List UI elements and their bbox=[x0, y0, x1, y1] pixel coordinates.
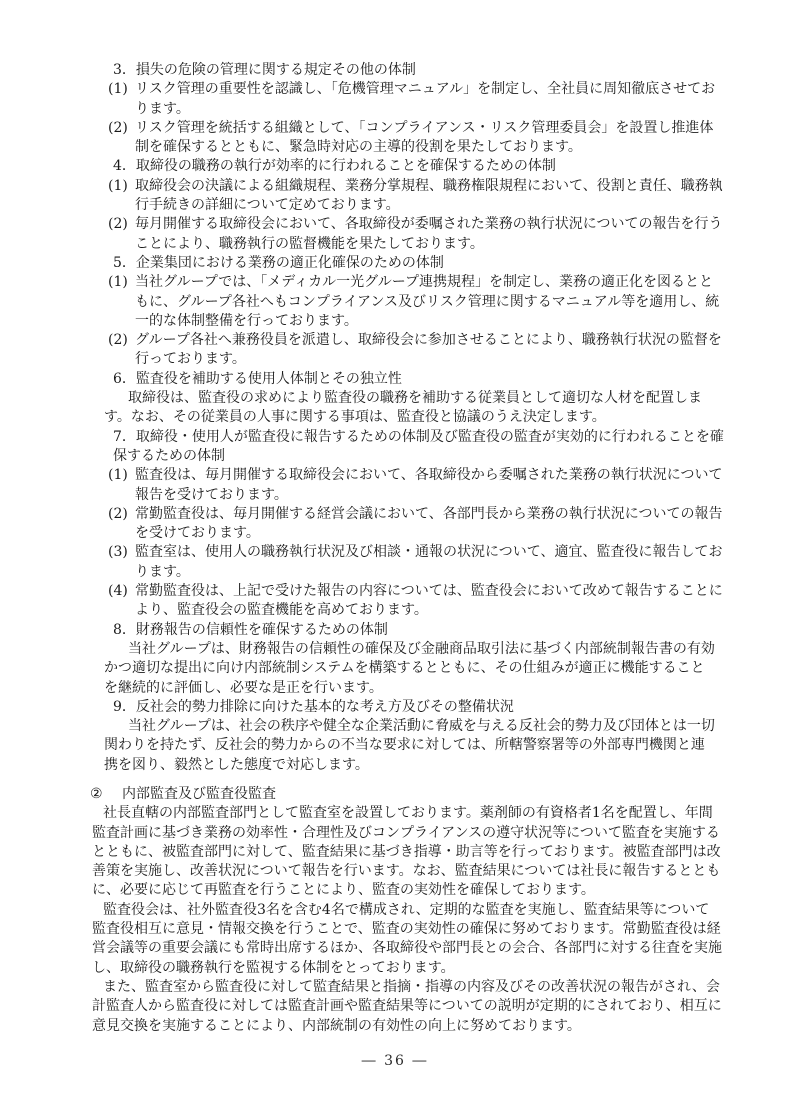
text-line: 携を図り、毅然とした態度で対応します。 bbox=[104, 756, 790, 775]
text-line: また、監査室から監査役に対して監査結果と指摘・指導の内容及びその改善状況の報告が… bbox=[92, 978, 790, 997]
text-line: 5．企業集団における業務の適正化確保のための体制 bbox=[113, 254, 790, 273]
internal-audit-paragraphs: 社長直轄の内部監査部門として監査室を設置しております。薬剤師の有資格者1名を配置… bbox=[0, 804, 790, 1036]
text-line: 監査計画に基づき業務の効率性・合理性及びコンプライアンスの遵守状況等について監査… bbox=[92, 824, 790, 843]
text-line: 当社グループは、財務報告の信頼性の確保及び金融商品取引法に基づく内部統制報告書の… bbox=[104, 640, 790, 659]
text-line: かつ適切な提出に向け内部統制システムを構築するとともに、その仕組みが適正に機能す… bbox=[104, 659, 790, 678]
text-line: (1)リスク管理の重要性を認識し、「危機管理マニュアル」を制定し、全社員に周知徹… bbox=[135, 80, 790, 99]
text-line: 計監査人から監査役に対しては監査計画や監査結果等についての説明が定期的にされてお… bbox=[92, 997, 790, 1016]
text-line: 善策を実施し、改善状況について報告を行います。なお、監査結果については社長に報告… bbox=[92, 862, 790, 881]
text-line: 監査役相互に意見・情報交換を行うことで、監査の実効性の確保に努めております。常勤… bbox=[92, 920, 790, 939]
section-gap bbox=[0, 775, 790, 785]
text-line: (1)監査役は、毎月開催する取締役会において、各取締役から委嘱された業務の執行状… bbox=[135, 466, 790, 485]
text-line: 7．取締役・使用人が監査役に報告するための体制及び監査役の監査が実効的に行われる… bbox=[113, 428, 790, 447]
text-line: 営会議等の重要会議にも常時出席するほか、各取締役や部門長との会合、各部門に対する… bbox=[92, 939, 790, 958]
list-item-label: (2) bbox=[108, 119, 128, 138]
list-item-label: (1) bbox=[108, 273, 128, 292]
text-line: (2)常勤監査役は、毎月開催する経営会議において、各部門長から業務の執行状況につ… bbox=[135, 505, 790, 524]
page-content: 3．損失の危険の管理に関する規定その他の体制(1)リスク管理の重要性を認識し、「… bbox=[0, 0, 790, 1071]
text-line: 行手続きの詳細について定めております。 bbox=[135, 196, 790, 215]
text-line: 社長直轄の内部監査部門として監査室を設置しております。薬剤師の有資格者1名を配置… bbox=[92, 804, 790, 823]
text-line: 報告を受けております。 bbox=[135, 486, 790, 505]
text-line: より、監査役会の監査機能を高めております。 bbox=[135, 601, 790, 620]
text-line: 4．取締役の職務の執行が効率的に行われることを確保するための体制 bbox=[113, 157, 790, 176]
text-line: を受けております。 bbox=[135, 524, 790, 543]
text-line: に、必要に応じて再監査を行うことにより、監査の実効性を確保しております。 bbox=[92, 881, 790, 900]
list-item-label: (1) bbox=[108, 80, 128, 99]
text-line: 当社グループは、社会の秩序や健全な企業活動に脅威を与える反社会的勢力及び団体とは… bbox=[104, 717, 790, 736]
text-line: (2)リスク管理を統括する組織として、「コンプライアンス・リスク管理委員会」を設… bbox=[135, 119, 790, 138]
list-item-label: (1) bbox=[108, 177, 128, 196]
list-item-label: (2) bbox=[108, 331, 128, 350]
text-line: 3．損失の危険の管理に関する規定その他の体制 bbox=[113, 61, 790, 80]
text-line: す。なお、その従業員の人事に関する事項は、監査役と協議のうえ決定します。 bbox=[104, 408, 790, 427]
text-line: 行っております。 bbox=[135, 350, 790, 369]
document-page: 3．損失の危険の管理に関する規定その他の体制(1)リスク管理の重要性を認識し、「… bbox=[0, 0, 790, 1118]
list-item-label: (3) bbox=[108, 543, 128, 562]
footer-gap bbox=[0, 1036, 790, 1052]
text-line: ります。 bbox=[135, 563, 790, 582]
text-line: (2)毎月開催する取締役会において、各取締役が委嘱された業務の執行状況についての… bbox=[135, 215, 790, 234]
text-line: 9．反社会的勢力排除に向けた基本的な考え方及びその整備状況 bbox=[113, 698, 790, 717]
list-item-label: (2) bbox=[108, 215, 128, 234]
text-line: 監査役会は、社外監査役3名を含む4名で構成され、定期的な監査を実施し、監査結果等… bbox=[92, 901, 790, 920]
text-line: 制を確保するとともに、緊急時対応の主導的役割を果たしております。 bbox=[135, 138, 790, 157]
text-line: とともに、被監査部門に対して、監査結果に基づき指導・助言等を行っております。被監… bbox=[92, 843, 790, 862]
text-line: (1)当社グループでは、「メディカル一光グループ連携規程」を制定し、業務の適正化… bbox=[135, 273, 790, 292]
text-line: 意見交換を実施することにより、内部統制の有効性の向上に努めております。 bbox=[92, 1017, 790, 1036]
text-line: ります。 bbox=[135, 100, 790, 119]
text-line: 取締役は、監査役の求めにより監査役の職務を補助する従業員として適切な人材を配置し… bbox=[104, 389, 790, 408]
text-line: (2)グループ各社へ兼務役員を派遣し、取締役会に参加させることにより、職務執行状… bbox=[135, 331, 790, 350]
text-line: 8．財務報告の信頼性を確保するための体制 bbox=[113, 621, 790, 640]
list-item-label: (2) bbox=[108, 505, 128, 524]
text-line: 一的な体制整備を行っております。 bbox=[135, 312, 790, 331]
internal-control-section: 3．損失の危険の管理に関する規定その他の体制(1)リスク管理の重要性を認識し、「… bbox=[0, 61, 790, 775]
text-line: 保するための体制 bbox=[113, 447, 790, 466]
text-line: を継続的に評価し、必要な是正を行います。 bbox=[104, 679, 790, 698]
text-line: (3)監査室は、使用人の職務執行状況及び相談・通報の状況について、適宜、監査役に… bbox=[135, 543, 790, 562]
section-title: 内部監査及び監査役監査 bbox=[122, 786, 276, 802]
text-line: (1)取締役会の決議による組織規程、業務分掌規程、職務権限規程において、役割と責… bbox=[135, 177, 790, 196]
list-item-label: (1) bbox=[108, 466, 128, 485]
text-line: ことにより、職務執行の監督機能を果たしております。 bbox=[135, 235, 790, 254]
internal-audit-section: ②内部監査及び監査役監査 社長直轄の内部監査部門として監査室を設置しております。… bbox=[0, 785, 790, 1036]
text-line: 関わりを持たず、反社会的勢力からの不当な要求に対しては、所轄警察署等の外部専門機… bbox=[104, 736, 790, 755]
section-heading: ②内部監査及び監査役監査 bbox=[90, 785, 790, 804]
list-item-label: (4) bbox=[108, 582, 128, 601]
text-line: もに、グループ各社へもコンプライアンス及びリスク管理に関するマニュアル等を適用し… bbox=[135, 293, 790, 312]
text-line: (4)常勤監査役は、上記で受けた報告の内容については、監査役会において改めて報告… bbox=[135, 582, 790, 601]
text-line: し、取締役の職務執行を監視する体制をとっております。 bbox=[92, 959, 790, 978]
section-marker: ② bbox=[90, 785, 122, 804]
text-line: 6．監査役を補助する使用人体制とその独立性 bbox=[113, 370, 790, 389]
page-number: ― 36 ― bbox=[0, 1052, 790, 1071]
